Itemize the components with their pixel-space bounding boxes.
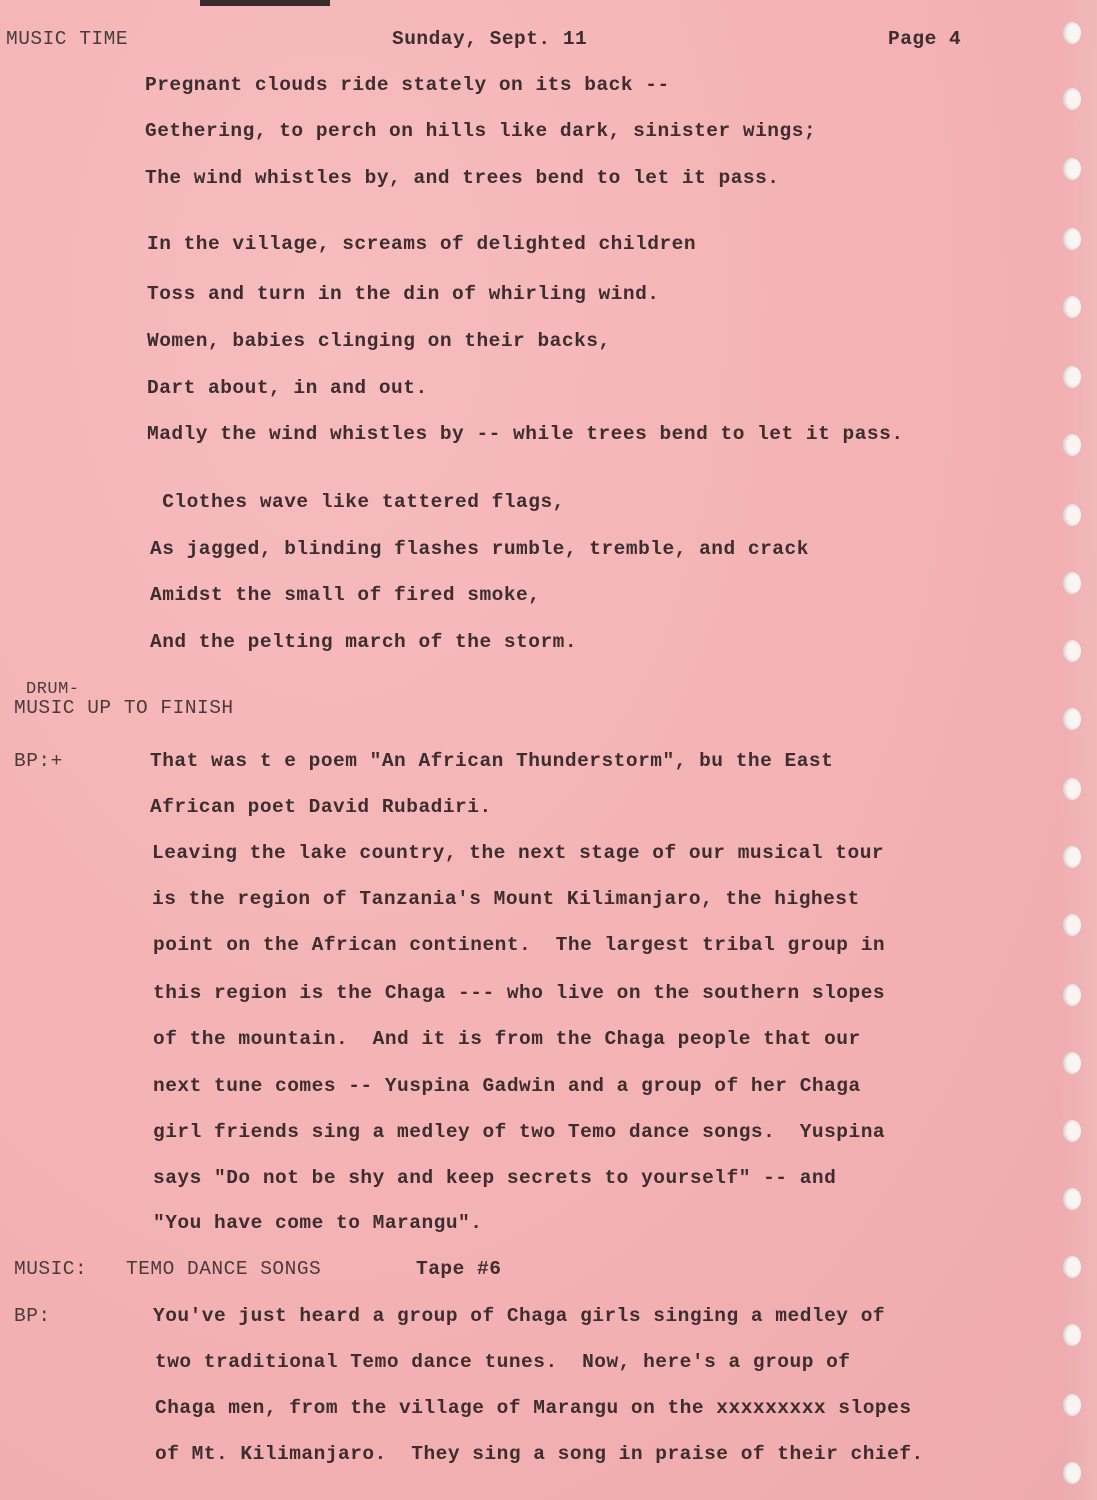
script-line: Leaving the lake country, the next stage… bbox=[152, 842, 884, 864]
binder-hole bbox=[1063, 572, 1081, 594]
binder-hole bbox=[1063, 1394, 1081, 1416]
binder-hole bbox=[1063, 158, 1081, 180]
binder-hole bbox=[1063, 846, 1081, 868]
binder-hole bbox=[1063, 1120, 1081, 1142]
binder-hole bbox=[1063, 296, 1081, 318]
binder-hole bbox=[1063, 1324, 1081, 1346]
binder-hole bbox=[1063, 228, 1081, 250]
poem-line: Amidst the small of fired smoke, bbox=[150, 584, 540, 606]
program-title: MUSIC TIME bbox=[6, 28, 128, 50]
poem-line: Clothes wave like tattered flags, bbox=[150, 491, 565, 513]
binder-hole bbox=[1063, 1052, 1081, 1074]
binder-hole bbox=[1063, 708, 1081, 730]
poem-line: In the village, screams of delighted chi… bbox=[147, 233, 696, 255]
poem-line: Gethering, to perch on hills like dark, … bbox=[145, 120, 816, 142]
binding-mark bbox=[200, 0, 330, 6]
script-line: You've just heard a group of Chaga girls… bbox=[153, 1305, 885, 1327]
poem-line: Toss and turn in the din of whirling win… bbox=[147, 283, 659, 305]
binder-hole bbox=[1063, 88, 1081, 110]
binder-hole bbox=[1063, 984, 1081, 1006]
music-title: TEMO DANCE SONGS bbox=[126, 1258, 321, 1280]
poem-line: As jagged, blinding flashes rumble, trem… bbox=[150, 538, 809, 560]
binder-hole bbox=[1063, 366, 1081, 388]
binder-hole bbox=[1063, 914, 1081, 936]
poem-line: And the pelting march of the storm. bbox=[150, 631, 577, 653]
script-line: this region is the Chaga --- who live on… bbox=[153, 982, 885, 1004]
poem-line: Women, babies clinging on their backs, bbox=[147, 330, 611, 352]
binder-hole bbox=[1063, 1188, 1081, 1210]
script-line: next tune comes -- Yuspina Gadwin and a … bbox=[153, 1075, 861, 1097]
script-line: says "Do not be shy and keep secrets to … bbox=[153, 1167, 836, 1189]
script-line: "You have come to Marangu". bbox=[153, 1212, 482, 1234]
binder-hole bbox=[1063, 1462, 1081, 1484]
poem-line: Madly the wind whistles by -- while tree… bbox=[147, 423, 904, 445]
script-line: African poet David Rubadiri. bbox=[150, 796, 492, 818]
script-line: of Mt. Kilimanjaro. They sing a song in … bbox=[155, 1443, 924, 1465]
binder-hole bbox=[1063, 778, 1081, 800]
binder-hole bbox=[1063, 22, 1081, 44]
music-label: MUSIC: bbox=[14, 1258, 87, 1280]
script-line: is the region of Tanzania's Mount Kilima… bbox=[152, 888, 860, 910]
script-line: point on the African continent. The larg… bbox=[153, 934, 885, 956]
script-line: girl friends sing a medley of two Temo d… bbox=[153, 1121, 885, 1143]
poem-line: Pregnant clouds ride stately on its back… bbox=[145, 74, 670, 96]
script-line: That was t e poem "An African Thundersto… bbox=[150, 750, 833, 772]
binder-hole bbox=[1063, 640, 1081, 662]
speaker-label: BP:+ bbox=[14, 750, 63, 772]
script-line: Chaga men, from the village of Marangu o… bbox=[155, 1397, 912, 1419]
music-cue: MUSIC UP TO FINISH bbox=[14, 697, 234, 719]
binder-hole bbox=[1063, 434, 1081, 456]
poem-line: The wind whistles by, and trees bend to … bbox=[145, 167, 780, 189]
broadcast-date: Sunday, Sept. 11 bbox=[392, 28, 587, 50]
script-line: of the mountain. And it is from the Chag… bbox=[153, 1028, 861, 1050]
script-page: MUSIC TIME Sunday, Sept. 11 Page 4 Pregn… bbox=[0, 0, 1097, 1500]
script-line: two traditional Temo dance tunes. Now, h… bbox=[155, 1351, 851, 1373]
tape-number: Tape #6 bbox=[416, 1258, 501, 1280]
binder-hole bbox=[1063, 1256, 1081, 1278]
binder-hole bbox=[1063, 504, 1081, 526]
speaker-label: BP: bbox=[14, 1305, 51, 1327]
page-number: Page 4 bbox=[888, 28, 961, 50]
poem-line: Dart about, in and out. bbox=[147, 377, 428, 399]
